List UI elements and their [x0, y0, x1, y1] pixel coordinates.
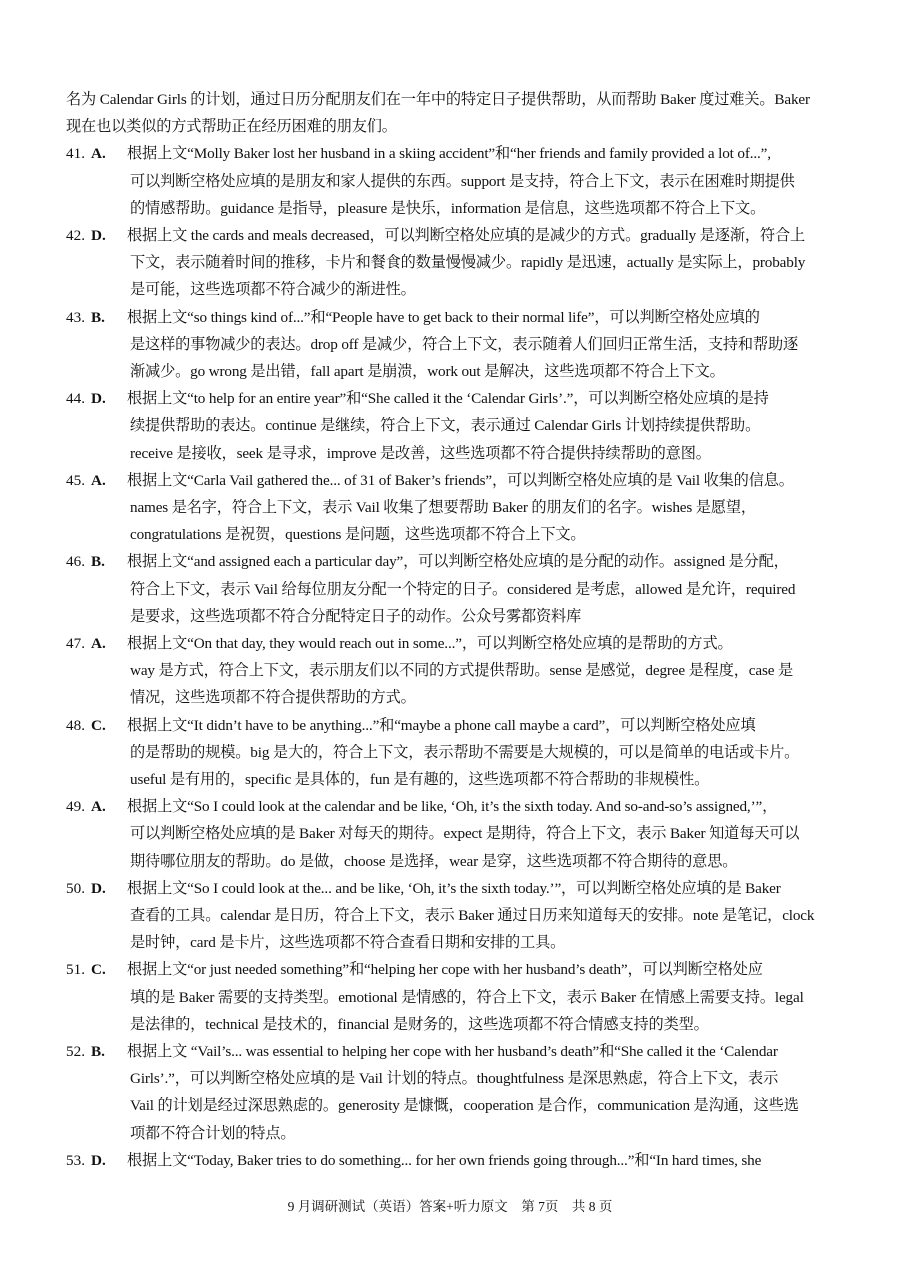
- item-number: 47.: [66, 635, 85, 652]
- explanation-line: 根据上文“and assigned each a particular day”…: [127, 552, 789, 572]
- item-number: 51.: [66, 961, 85, 978]
- explanation-line: 是法律的，technical 是技术的，financial 是财务的，这些选项都…: [130, 1015, 709, 1035]
- item-number: 45.: [66, 472, 85, 489]
- answer-letter: B.: [91, 553, 105, 570]
- explanation-line: 下文，表示随着时间的推移，卡片和餐食的数量慢慢减少。rapidly 是迅速，ac…: [130, 253, 805, 273]
- item-number: 48.: [66, 717, 85, 734]
- answer-letter: B.: [91, 309, 105, 326]
- question-number: 44.D.: [66, 389, 106, 409]
- intro-line: 现在也以类似的方式帮助正在经历困难的朋友们。: [66, 117, 397, 137]
- explanation-line: 期待哪位朋友的帮助。do 是做，choose 是选择，wear 是穿，这些选项都…: [130, 852, 737, 872]
- question-number: 46.B.: [66, 552, 105, 572]
- explanation-line: 根据上文“It didn’t have to be anything...”和“…: [127, 716, 756, 736]
- explanation-line: 根据上文“to help for an entire year”和“She ca…: [127, 389, 769, 409]
- explanation-line: 根据上文“On that day, they would reach out i…: [127, 634, 733, 654]
- answer-letter: B.: [91, 1043, 105, 1060]
- explanation-line: 根据上文“Carla Vail gathered the... of 31 of…: [127, 471, 794, 491]
- item-number: 46.: [66, 553, 85, 570]
- question-number: 51.C.: [66, 960, 106, 980]
- explanation-line: way 是方式，符合上下文，表示朋友们以不同的方式提供帮助。sense 是感觉，…: [130, 661, 793, 681]
- answer-letter: C.: [91, 717, 106, 734]
- explanation-line: 项都不符合计划的特点。: [130, 1124, 295, 1144]
- explanation-line: 渐减少。go wrong 是出错，fall apart 是崩溃，work out…: [130, 362, 725, 382]
- explanation-line: 根据上文“So I could look at the calendar and…: [127, 797, 777, 817]
- explanation-line: names 是名字，符合上下文，表示 Vail 收集了想要帮助 Baker 的朋…: [130, 498, 756, 518]
- answer-letter: A.: [91, 635, 106, 652]
- item-number: 49.: [66, 798, 85, 815]
- question-number: 43.B.: [66, 308, 105, 328]
- explanation-line: 填的是 Baker 需要的支持类型。emotional 是情感的，符合上下文，表…: [130, 988, 804, 1008]
- explanation-line: 是要求，这些选项都不符合分配特定日子的动作。公众号雾都资料库: [130, 607, 581, 627]
- explanation-line: 根据上文 “Vail’s... was essential to helping…: [127, 1042, 778, 1062]
- explanation-line: Girls’.”，可以判断空格处应填的是 Vail 计划的特点。thoughtf…: [130, 1069, 778, 1089]
- answer-letter: D.: [91, 227, 106, 244]
- question-number: 41.A.: [66, 144, 106, 164]
- explanation-line: 根据上文“so things kind of...”和“People have …: [127, 308, 760, 328]
- explanation-line: receive 是接收，seek 是寻求，improve 是改善，这些选项都不符…: [130, 444, 711, 464]
- question-number: 42.D.: [66, 226, 106, 246]
- question-number: 45.A.: [66, 471, 106, 491]
- item-number: 53.: [66, 1152, 85, 1169]
- answer-letter: A.: [91, 798, 106, 815]
- explanation-line: 符合上下文，表示 Vail 给每位朋友分配一个特定的日子。considered …: [130, 580, 795, 600]
- explanation-line: 根据上文 the cards and meals decreased，可以判断空…: [127, 226, 805, 246]
- answer-letter: D.: [91, 1152, 106, 1169]
- explanation-line: congratulations 是祝贺，questions 是问题，这些选项都不…: [130, 525, 585, 545]
- explanation-line: 可以判断空格处应填的是朋友和家人提供的东西。support 是支持，符合上下文，…: [130, 172, 795, 192]
- item-number: 50.: [66, 880, 85, 897]
- explanation-line: useful 是有用的，specific 是具体的，fun 是有趣的，这些选项都…: [130, 770, 709, 790]
- item-number: 41.: [66, 145, 85, 162]
- explanation-line: 可以判断空格处应填的是 Baker 对每天的期待。expect 是期待，符合上下…: [130, 824, 799, 844]
- explanation-line: 根据上文“or just needed something”和“helping …: [127, 960, 763, 980]
- page-footer: 9 月调研测试（英语）答案+听力原文 第 7页 共 8 页: [0, 1195, 900, 1215]
- answer-letter: D.: [91, 390, 106, 407]
- explanation-line: 根据上文“So I could look at the... and be li…: [127, 879, 781, 899]
- explanation-line: 根据上文“Molly Baker lost her husband in a s…: [127, 144, 771, 164]
- item-number: 42.: [66, 227, 85, 244]
- explanation-line: 的是帮助的规模。big 是大的，符合上下文，表示帮助不需要是大规模的，可以是简单…: [130, 743, 799, 763]
- question-number: 48.C.: [66, 716, 106, 736]
- question-number: 47.A.: [66, 634, 106, 654]
- question-number: 53.D.: [66, 1151, 106, 1171]
- explanation-line: 情况，这些选项都不符合提供帮助的方式。: [130, 688, 416, 708]
- explanation-line: 是可能，这些选项都不符合减少的渐进性。: [130, 280, 416, 300]
- answer-letter: D.: [91, 880, 106, 897]
- answer-key-page: 名为 Calendar Girls 的计划，通过日历分配朋友们在一年中的特定日子…: [0, 0, 900, 1272]
- explanation-line: 续提供帮助的表达。continue 是继续，符合上下文，表示通过 Calenda…: [130, 416, 760, 436]
- answer-letter: C.: [91, 961, 106, 978]
- question-number: 49.A.: [66, 797, 106, 817]
- question-number: 52.B.: [66, 1042, 105, 1062]
- intro-line: 名为 Calendar Girls 的计划，通过日历分配朋友们在一年中的特定日子…: [66, 90, 810, 110]
- item-number: 52.: [66, 1043, 85, 1060]
- explanation-line: 的情感帮助。guidance 是指导，pleasure 是快乐，informat…: [130, 199, 765, 219]
- explanation-line: 根据上文“Today, Baker tries to do something.…: [127, 1151, 761, 1171]
- item-number: 44.: [66, 390, 85, 407]
- explanation-line: 是时钟，card 是卡片，这些选项都不符合查看日期和安排的工具。: [130, 933, 565, 953]
- explanation-line: Vail 的计划是经过深思熟虑的。generosity 是慷慨，cooperat…: [130, 1096, 799, 1116]
- explanation-line: 查看的工具。calendar 是日历，符合上下文，表示 Baker 通过日历来知…: [130, 906, 814, 926]
- explanation-line: 是这样的事物减少的表达。drop off 是减少，符合上下文，表示随着人们回归正…: [130, 335, 798, 355]
- question-number: 50.D.: [66, 879, 106, 899]
- answer-letter: A.: [91, 472, 106, 489]
- answer-letter: A.: [91, 145, 106, 162]
- item-number: 43.: [66, 309, 85, 326]
